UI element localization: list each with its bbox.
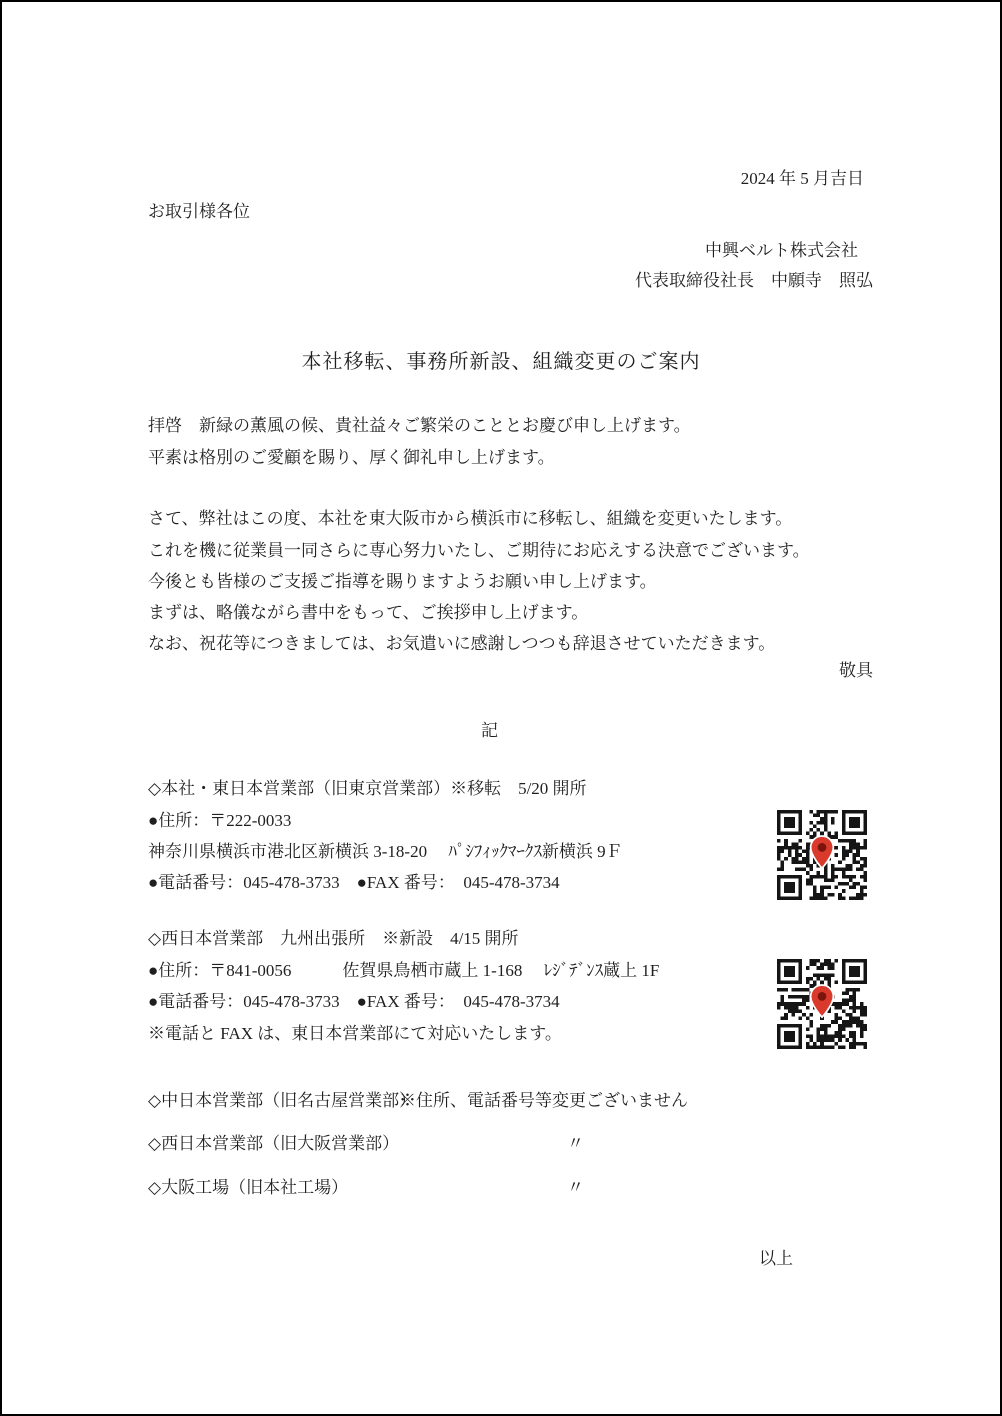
phone-fax-line: ●電話番号：045-478-3733 ●FAX 番号： 045-478-3734 <box>148 991 560 1013</box>
body-line: まずは、略儀ながら書中をもって、ご挨拶申し上げます。 <box>148 602 588 624</box>
qr-code-headquarters-map <box>777 810 867 900</box>
qr-code-kyushu-map <box>777 959 867 1049</box>
body-line: 今後とも皆様のご支援ご指導を賜りますようお願い申し上げます。 <box>148 571 657 593</box>
recipient-line: お取引様各位 <box>148 201 250 223</box>
map-pin-icon <box>809 835 836 870</box>
company-name: 中興ベルト株式会社 <box>705 240 858 262</box>
body-line: さて、弊社はこの度、本社を東大阪市から横浜市に移転し、組織を変更いたします。 <box>148 508 792 530</box>
greeting-line: 平素は格別のご愛顧を賜り、厚く御礼申し上げます。 <box>148 447 555 469</box>
address-line: ●住所：〒841-0056 佐賀県鳥栖市蔵上 1-168 ﾚｼﾞﾃﾞﾝｽ蔵上 1… <box>148 960 659 982</box>
body-line: これを機に従業員一同さらに専心努力いたし、ご期待にお応えする決意でございます。 <box>148 540 810 562</box>
ditto-mark: 〃 <box>567 1177 584 1199</box>
body-line: なお、祝花等につきましては、お気遣いに感謝しつつも辞退させていただきます。 <box>148 633 775 655</box>
phone-handling-note: ※電話と FAX は、東日本営業部にて対応いたします。 <box>148 1023 562 1045</box>
record-marker: 記 <box>481 720 498 742</box>
phone-fax-line: ●電話番号：045-478-3733 ●FAX 番号： 045-478-3734 <box>148 872 560 894</box>
office-row-label: ◇西日本営業部（旧大阪営業部） <box>148 1133 399 1155</box>
section-heading-headquarters: ◇本社・東日本営業部（旧東京営業部）※移転 5/20 開所 <box>148 778 587 800</box>
office-row-label: ◇大阪工場（旧本社工場） <box>148 1177 348 1199</box>
end-marker: 以上 <box>759 1248 793 1270</box>
address-line: 神奈川県横浜市港北区新横浜 3-18-20 ﾊﾟｼﾌｨｯｸﾏｰｸｽ新横浜 9Ｆ <box>148 841 623 863</box>
map-pin-icon <box>809 984 836 1019</box>
office-row-note: ※住所、電話番号等変更ございません <box>399 1090 688 1112</box>
document-title: 本社移転、事務所新設、組織変更のご案内 <box>2 351 1000 373</box>
address-label: ●住所：〒222-0033 <box>148 810 291 832</box>
greeting-line: 拝啓 新緑の薫風の候、貴社益々ご繁栄のこととお慶び申し上げます。 <box>148 415 691 437</box>
document-page: 2024 年 5 月吉日 お取引様各位 中興ベルト株式会社 代表取締役社長 中願… <box>0 0 1002 1416</box>
section-heading-kyushu: ◇西日本営業部 九州出張所 ※新設 4/15 開所 <box>148 928 519 950</box>
date-line: 2024 年 5 月吉日 <box>741 168 864 190</box>
closing-word: 敬具 <box>839 660 873 682</box>
signer-name: 代表取締役社長 中願寺 照弘 <box>635 270 873 292</box>
ditto-mark: 〃 <box>567 1133 584 1155</box>
office-row-label: ◇中日本営業部（旧名古屋営業部） <box>148 1090 416 1112</box>
